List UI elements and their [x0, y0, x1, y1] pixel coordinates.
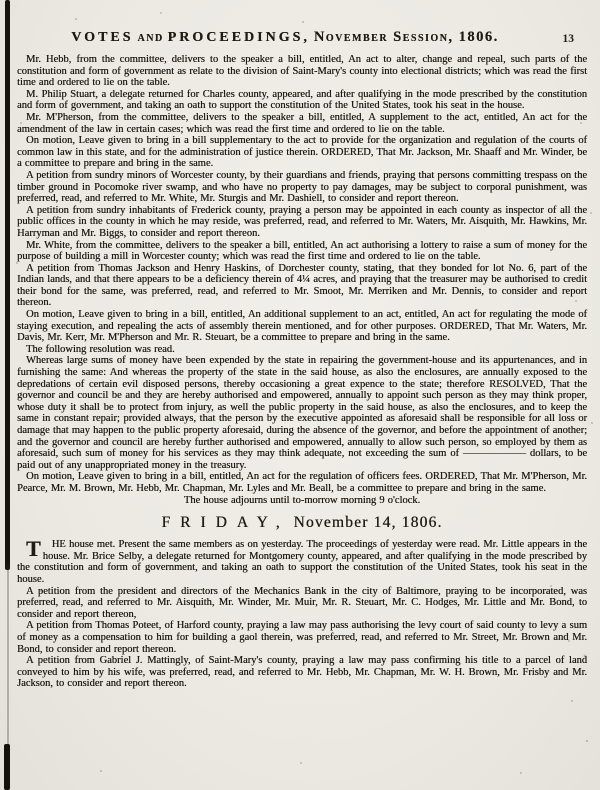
proceedings-paragraph: Mr. M'Pherson, from the committee, deliv…	[17, 112, 587, 135]
running-header: VOTES and PROCEEDINGS, November Session,…	[30, 28, 540, 46]
proceedings-paragraph: A petition from Thomas Jackson and Henry…	[17, 263, 587, 309]
proceedings-paragraph: On motion, Leave given to bring in a bil…	[17, 309, 587, 344]
proceedings-paragraph: Mr. White, from the committee, delivers …	[17, 240, 587, 263]
header-title-and: and	[137, 29, 163, 45]
proceedings-paragraph: On motion, Leave given to bring in a bil…	[17, 135, 587, 170]
scan-gutter-artifact-bottom	[4, 744, 10, 790]
header-title-votes: VOTES	[71, 30, 133, 45]
page-number: 13	[563, 33, 575, 45]
proceedings-paragraph: On motion, Leave given to bring in a bil…	[17, 471, 587, 494]
scan-gutter-artifact-middle	[7, 565, 9, 745]
friday-heading-date: November 14, 1806.	[294, 514, 443, 531]
proceedings-body: Mr. Hebb, from the committee, delivers t…	[17, 54, 587, 690]
adjournment-line: The house adjourns until to-morrow morni…	[17, 495, 587, 507]
scan-gutter-artifact-top	[5, 0, 10, 570]
proceedings-paragraph: A petition from sundry minors of Worcest…	[17, 170, 587, 205]
proceedings-paragraph: Whereas large sums of money have been ex…	[17, 355, 587, 471]
proceedings-paragraph: A petition from the president and direct…	[17, 586, 587, 621]
session-day-thursday: Mr. Hebb, from the committee, delivers t…	[17, 54, 587, 506]
friday-session-heading: FRIDAY, November 14, 1806.	[17, 514, 587, 532]
session-day-friday: THE house met. Present the same members …	[17, 539, 587, 690]
header-title-proceedings: PROCEEDINGS,	[168, 30, 310, 45]
proceedings-paragraph: The following resolution was read.	[17, 344, 587, 356]
proceedings-paragraph: Mr. Hebb, from the committee, delivers t…	[17, 54, 587, 89]
proceedings-paragraph: THE house met. Present the same members …	[17, 539, 587, 585]
proceedings-paragraph: A petition from Thomas Poteet, of Harfor…	[17, 620, 587, 655]
scanned-document-page: VOTES and PROCEEDINGS, November Session,…	[0, 0, 600, 790]
proceedings-paragraph: A petition from Gabriel J. Mattingly, of…	[17, 655, 587, 690]
proceedings-paragraph: M. Philip Stuart, a delegate returned fo…	[17, 89, 587, 112]
header-title-session: November Session, 1806.	[314, 29, 499, 45]
friday-heading-day: FRIDAY,	[161, 514, 289, 531]
proceedings-paragraph: A petition from sundry inhabitants of Fr…	[17, 205, 587, 240]
